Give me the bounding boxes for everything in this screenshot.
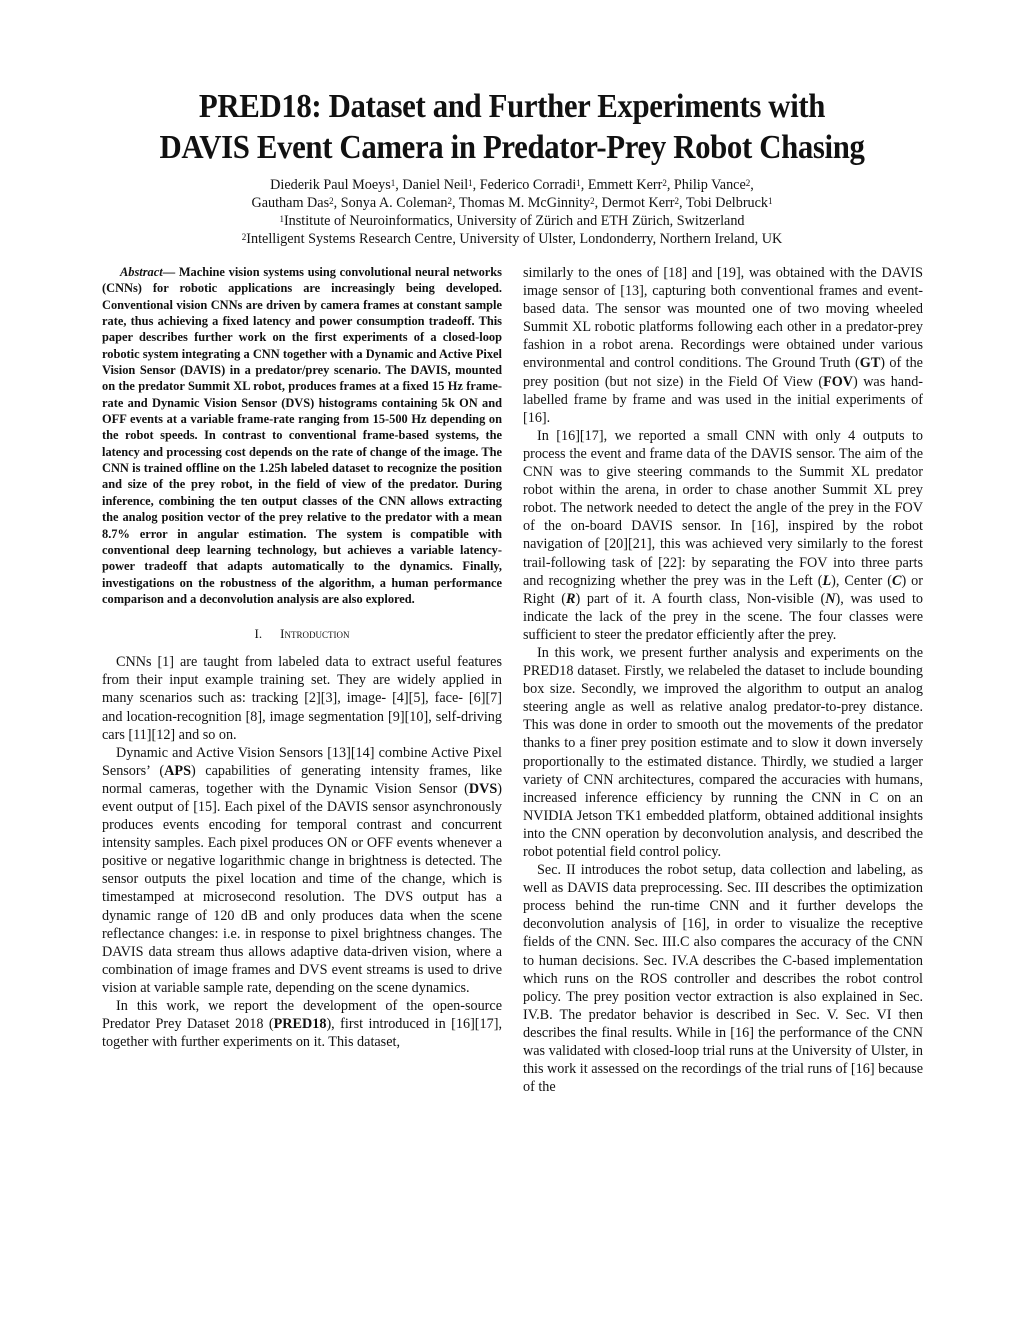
paper-title: PRED18: Dataset and Further Experiments …	[96, 86, 928, 168]
author-name: Philip Vance	[674, 177, 746, 193]
abstract-label: Abstract	[120, 265, 163, 279]
intro-paragraph-4: In [16][17], we reported a small CNN wit…	[523, 427, 923, 644]
intro-paragraph-2: Dynamic and Active Vision Sensors [13][1…	[102, 744, 502, 997]
class-n: N	[825, 591, 835, 607]
title-line-2: DAVIS Event Camera in Predator-Prey Robo…	[96, 127, 928, 168]
intro-paragraph-3-cont: similarly to the ones of [18] and [19], …	[523, 264, 923, 427]
author-name: Diederik Paul Moeys	[270, 177, 391, 193]
abstract: Abstract— Machine vision systems using c…	[102, 264, 502, 607]
author-name: Thomas M. McGinnity	[459, 195, 590, 211]
author-name: Sonya A. Coleman	[341, 195, 448, 211]
term-dvs: DVS	[469, 781, 497, 797]
author-name: Gautham Das	[251, 195, 329, 211]
author-name: Daniel Neil	[402, 177, 468, 193]
affiliation-marker: 1	[768, 196, 773, 206]
term-pred18: PRED18	[274, 1016, 327, 1032]
author-block: Diederik Paul Moeys1, Daniel Neil1, Fede…	[60, 176, 964, 248]
intro-paragraph-5: In this work, we present further analysi…	[523, 644, 923, 861]
affiliation-marker: 2	[662, 178, 667, 188]
term-gt: GT	[860, 355, 881, 371]
affiliation-marker: 2	[590, 196, 595, 206]
affiliation-marker: 2	[746, 178, 751, 188]
abstract-text: Machine vision systems using convolution…	[102, 265, 502, 606]
affiliation-marker: 1	[576, 178, 581, 188]
affiliation-marker: 2	[329, 196, 334, 206]
author-line-2: Gautham Das2, Sonya A. Coleman2, Thomas …	[60, 194, 964, 212]
author-name: Dermot Kerr	[602, 195, 675, 211]
title-line-1: PRED18: Dataset and Further Experiments …	[96, 86, 928, 127]
term-fov: FOV	[823, 374, 853, 390]
intro-paragraph-3: In this work, we report the development …	[102, 997, 502, 1051]
author-name: Emmett Kerr	[588, 177, 662, 193]
author-name: Tobi Delbruck	[686, 195, 768, 211]
affiliation-marker: 2	[447, 196, 452, 206]
section-heading-introduction: I.Introduction	[102, 625, 502, 643]
intro-paragraph-1: CNNs [1] are taught from labeled data to…	[102, 653, 502, 743]
section-number: I.	[255, 626, 263, 641]
author-name: Federico Corradi	[480, 177, 577, 193]
affiliation-2: 2Intelligent Systems Research Centre, Un…	[60, 230, 964, 248]
affiliation-marker: 1	[391, 178, 396, 188]
author-line-1: Diederik Paul Moeys1, Daniel Neil1, Fede…	[60, 176, 964, 194]
class-l: L	[822, 573, 831, 589]
section-title: Introduction	[280, 626, 349, 641]
left-column: Abstract— Machine vision systems using c…	[102, 264, 502, 1051]
term-aps: APS	[164, 763, 191, 779]
affiliation-marker: 2	[675, 196, 680, 206]
right-column: similarly to the ones of [18] and [19], …	[523, 264, 923, 1096]
intro-paragraph-6: Sec. II introduces the robot setup, data…	[523, 861, 923, 1096]
affiliation-marker: 1	[468, 178, 473, 188]
affiliation-1: 1Institute of Neuroinformatics, Universi…	[60, 212, 964, 230]
